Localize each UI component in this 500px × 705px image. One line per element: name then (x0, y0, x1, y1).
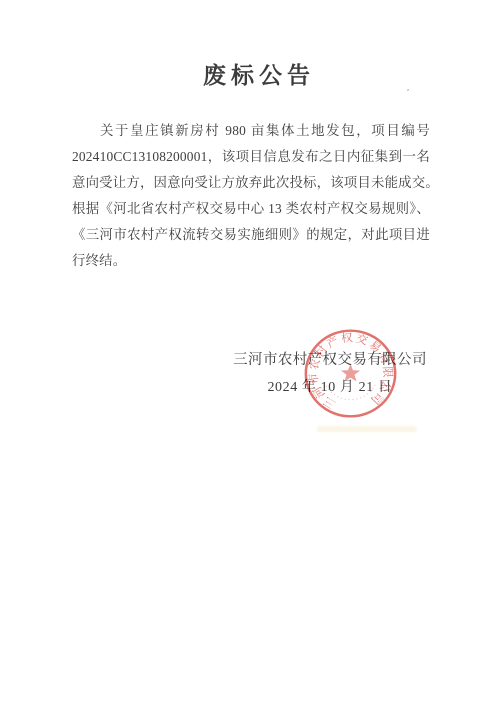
scan-artifact-mark: ʼ (406, 90, 411, 96)
company-seal-stamp: 三河市农村产权交易有限公司 (302, 327, 399, 420)
scan-smudge (317, 426, 417, 432)
body-line: 意向受让方，因意向受让方放弃此次投标，该项目未能成交。 (72, 170, 430, 196)
body-line: 202410CC13108200001，该项目信息发布之日内征集到一名 (72, 144, 430, 170)
announcement-body: 关于皇庄镇新房村 980 亩集体土地发包，项目编号 202410CC131082… (72, 118, 430, 274)
body-line: 行终结。 (72, 248, 430, 274)
seal-star-icon (341, 364, 360, 382)
body-line: 根据《河北省农村产权交易中心 13 类农村产权交易规则》、 (72, 196, 430, 222)
body-line: 《三河市农村产权流转交易实施细则》的规定，对此项目进 (72, 222, 430, 248)
body-line: 关于皇庄镇新房村 980 亩集体土地发包，项目编号 (72, 118, 430, 144)
document-title: 废标公告 (0, 62, 500, 90)
scanned-document-page: 废标公告 ʼ 关于皇庄镇新房村 980 亩集体土地发包，项目编号 202410C… (0, 0, 500, 705)
seal-graphic: 三河市农村产权交易有限公司 (302, 327, 399, 420)
